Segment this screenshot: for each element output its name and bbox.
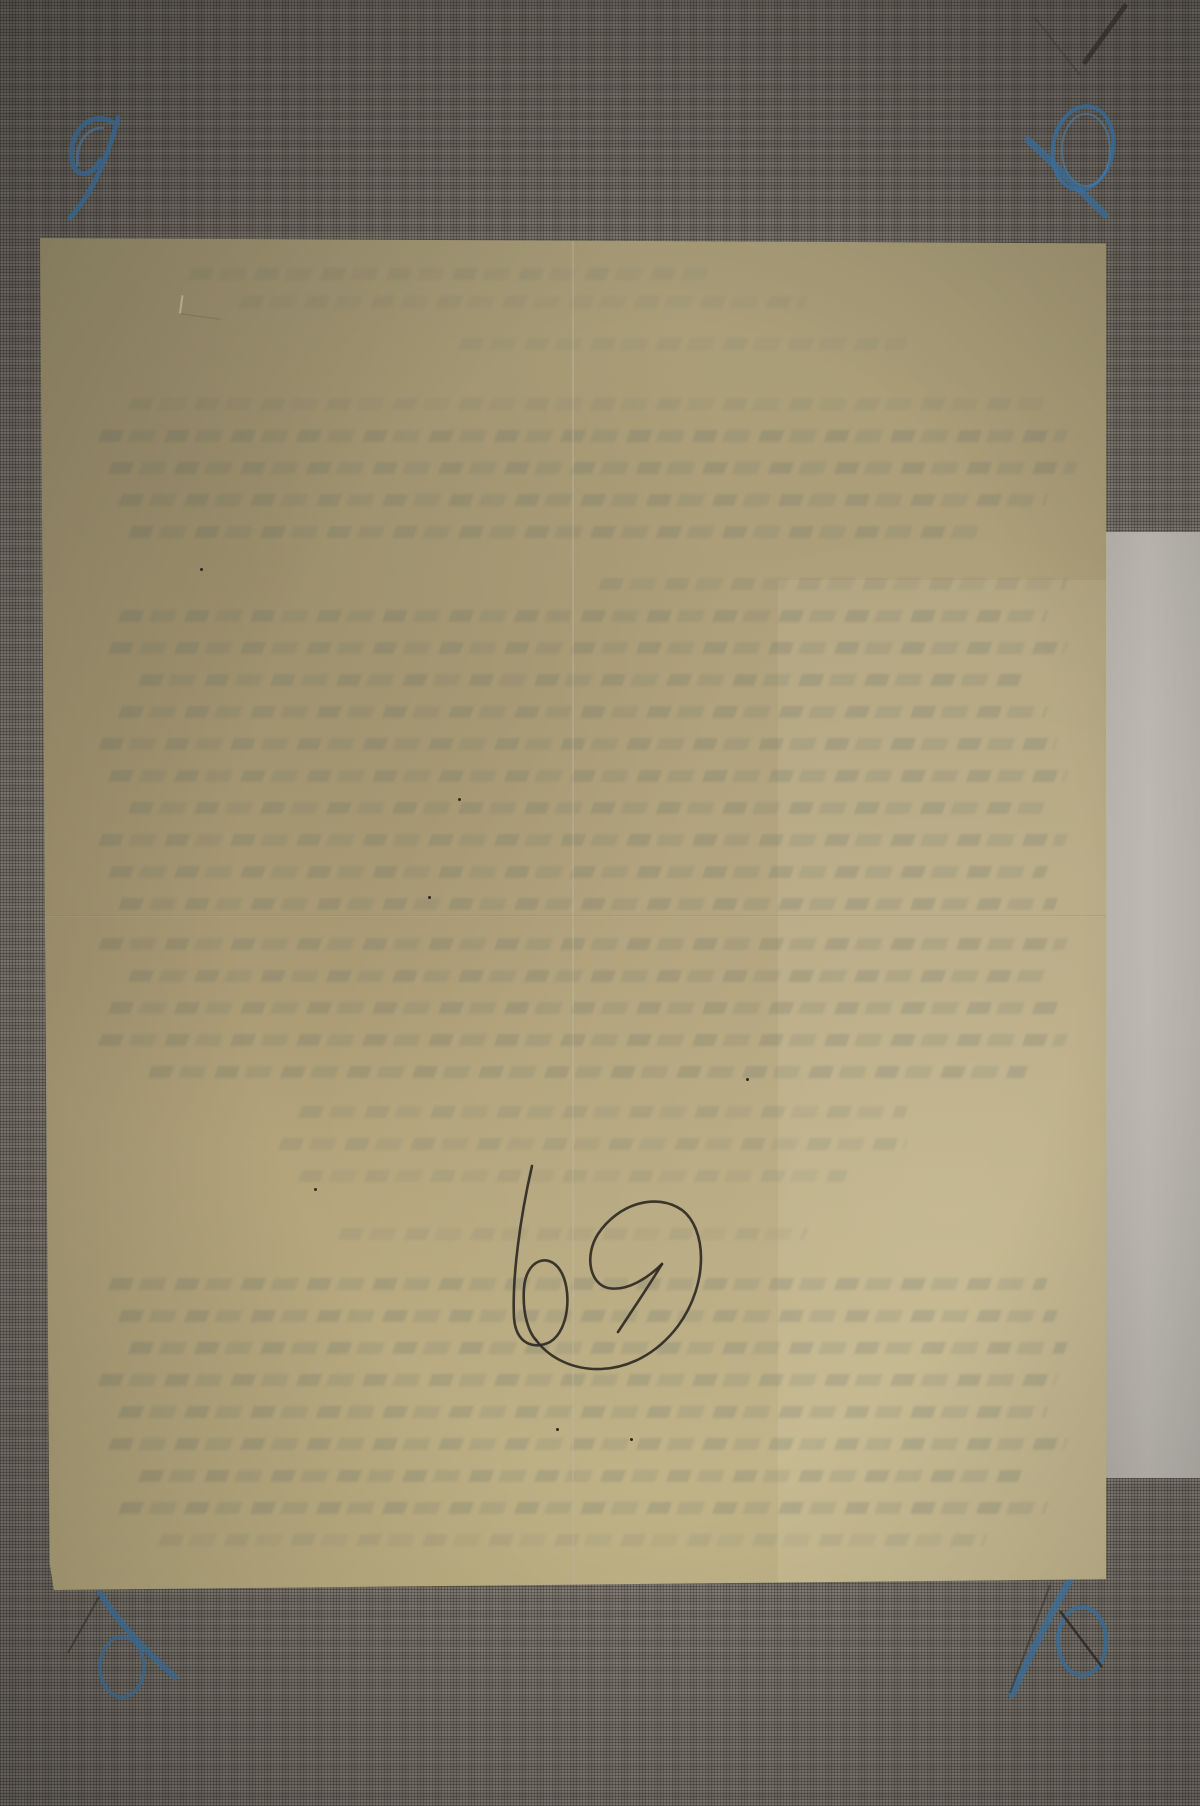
ink-bleed-line <box>148 1066 1028 1078</box>
ink-bleed-line <box>118 610 1048 622</box>
corner-mark-top-right-icon <box>1010 0 1150 230</box>
backing-show-through-zone <box>778 580 1106 1740</box>
paper-speck <box>458 798 461 801</box>
ink-bleed-line <box>188 268 708 280</box>
ink-bleed-line <box>98 938 1068 950</box>
paper-speck <box>428 896 431 899</box>
ink-bleed-line <box>98 1034 1068 1046</box>
ink-bleed-line <box>118 494 1048 506</box>
ink-bleed-line <box>118 706 1048 718</box>
ink-bleed-line <box>128 526 988 538</box>
ink-bleed-line <box>118 898 1058 910</box>
ink-bleed-line <box>108 462 1078 474</box>
ink-bleed-line <box>298 1106 908 1118</box>
ink-bleed-line <box>108 1002 1058 1014</box>
corner-mark-bottom-right-icon <box>990 1575 1130 1705</box>
ink-bleed-line <box>98 738 1058 750</box>
paper-speck <box>630 1438 633 1441</box>
paper-speck <box>746 1078 749 1081</box>
paper-speck <box>556 1428 559 1431</box>
corner-mark-bottom-left-icon <box>60 1585 200 1705</box>
paper-speck <box>200 568 203 571</box>
horizontal-fold-line <box>40 915 1106 917</box>
paper-crease <box>179 295 223 320</box>
ink-bleed-line <box>128 970 1048 982</box>
ink-bleed-line <box>108 770 1068 782</box>
ink-bleed-line <box>458 338 908 350</box>
vertical-fold-line <box>572 238 574 1590</box>
white-backing-sheet <box>1104 532 1200 1478</box>
photographed-document-scene: 69 <box>0 0 1200 1806</box>
ink-bleed-line <box>108 1438 1068 1450</box>
ink-bleed-line <box>118 1502 1048 1514</box>
ink-bleed-line <box>128 398 1048 410</box>
ink-bleed-line <box>138 674 1028 686</box>
ink-bleed-line <box>98 430 1068 442</box>
ink-bleed-line <box>128 802 1048 814</box>
ink-bleed-line <box>138 1470 1028 1482</box>
ink-bleed-line <box>108 642 1068 654</box>
ink-bleed-line <box>108 866 1048 878</box>
ink-bleed-line <box>118 1406 1048 1418</box>
folio-number: 69 <box>474 1148 714 1378</box>
corner-mark-top-left-icon <box>40 100 140 230</box>
paper-speck <box>314 1188 317 1191</box>
folio-69-drawing-icon <box>474 1148 714 1378</box>
letter-sheet <box>40 238 1106 1590</box>
ink-bleed-line <box>598 578 1068 590</box>
ink-bleed-line <box>98 834 1068 846</box>
ink-bleed-line <box>238 296 808 308</box>
